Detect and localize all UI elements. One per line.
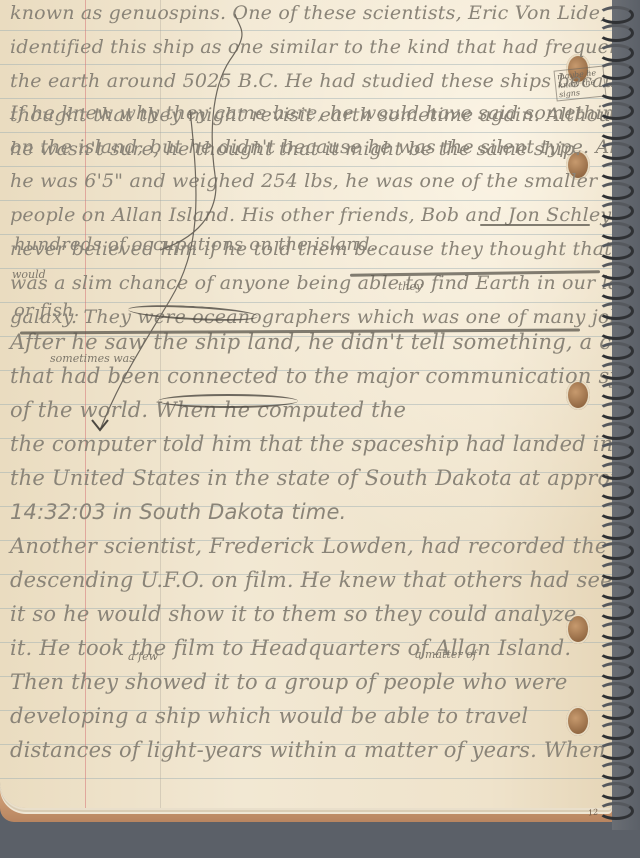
arrow-head-icon <box>92 420 108 430</box>
spiral-coil <box>598 542 634 560</box>
spiral-coil <box>598 682 634 700</box>
spiral-coil <box>598 742 634 760</box>
spiral-coil <box>598 622 634 640</box>
spiral-coil <box>598 122 634 140</box>
spiral-coil <box>598 602 634 620</box>
spiral-coil <box>598 422 634 440</box>
spiral-coil <box>598 182 634 200</box>
spiral-coil <box>598 562 634 580</box>
spiral-coil <box>598 402 634 420</box>
spiral-coil <box>598 322 634 340</box>
spiral-coil <box>598 662 634 680</box>
spiral-coil <box>598 642 634 660</box>
spiral-coil <box>598 102 634 120</box>
spiral-coil <box>598 142 634 160</box>
spiral-coil <box>598 762 634 780</box>
spiral-coil <box>598 522 634 540</box>
spiral-coil <box>598 82 634 100</box>
spiral-coil <box>598 222 634 240</box>
spiral-coil <box>598 62 634 80</box>
spiral-coil <box>598 382 634 400</box>
revision-arrow-path <box>100 110 196 430</box>
spiral-coil <box>598 362 634 380</box>
spiral-coil <box>598 502 634 520</box>
spiral-coil <box>598 202 634 220</box>
spiral-coil <box>598 282 634 300</box>
spiral-coil <box>598 6 634 24</box>
revision-arrows <box>0 0 612 808</box>
spiral-coil <box>598 302 634 320</box>
spiral-coil <box>598 342 634 360</box>
spiral-coil <box>598 802 634 820</box>
spiral-coil <box>598 442 634 460</box>
spiral-coil <box>598 262 634 280</box>
revision-arrow-path <box>160 14 242 250</box>
spiral-coil <box>598 24 634 42</box>
spiral-coil <box>598 722 634 740</box>
spiral-coil <box>598 44 634 62</box>
spiral-coil <box>598 482 634 500</box>
spiral-coil <box>598 782 634 800</box>
spiral-binding <box>596 0 640 840</box>
spiral-coil <box>598 702 634 720</box>
spiral-coil <box>598 582 634 600</box>
spiral-coil <box>598 242 634 260</box>
spiral-coil <box>598 162 634 180</box>
page-number: 12 <box>587 807 598 817</box>
spiral-coil <box>598 462 634 480</box>
